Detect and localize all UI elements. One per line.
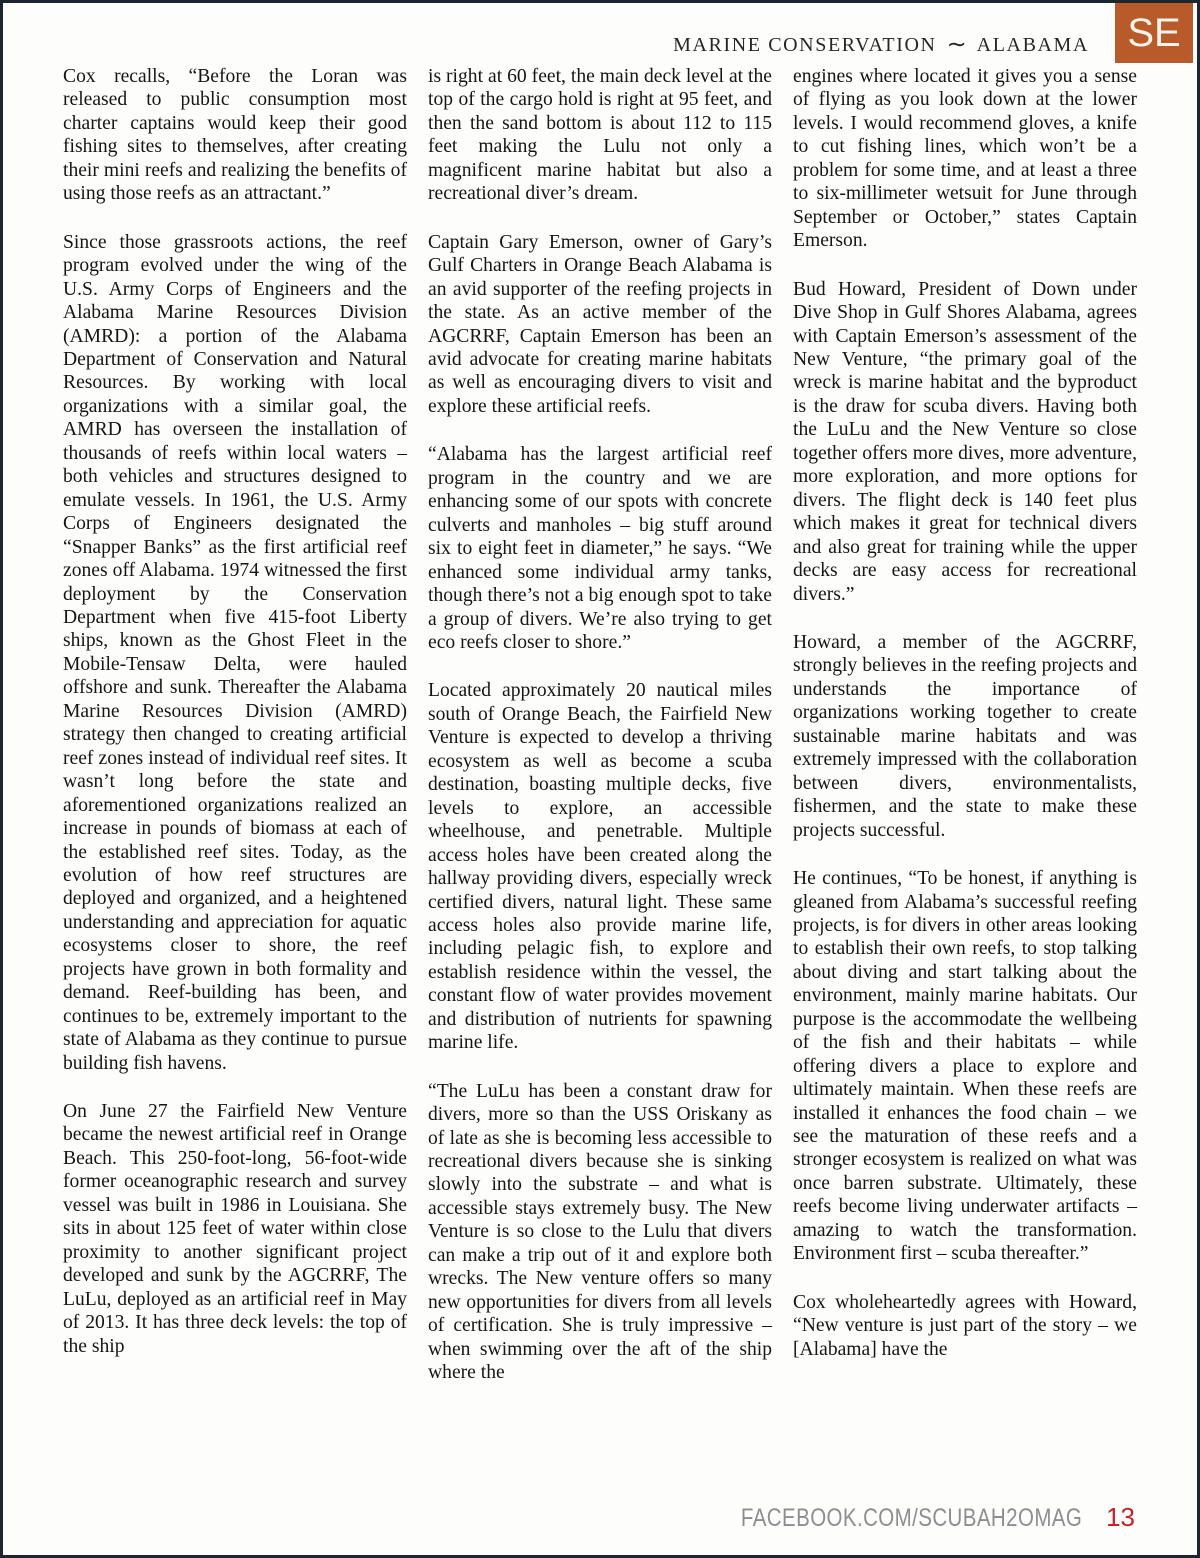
header-separator-swash: ∼ — [937, 32, 977, 58]
paragraph: is right at 60 feet, the main deck level… — [428, 65, 772, 206]
running-header: MARINE CONSERVATION∼ALABAMA — [3, 29, 1089, 58]
page-number: 13 — [1106, 1502, 1135, 1533]
paragraph: Located approximately 20 nautical miles … — [428, 679, 772, 1054]
paragraph: Since those grassroots actions, the reef… — [63, 231, 407, 1075]
paragraph: engines where located it gives you a sen… — [793, 65, 1137, 253]
article-column-1: Cox recalls, “Before the Loran was relea… — [63, 65, 407, 1410]
header-section-title: MARINE CONSERVATION — [673, 34, 936, 56]
paragraph: On June 27 the Fairfield New Venture bec… — [63, 1100, 407, 1358]
article-column-3: engines where located it gives you a sen… — [793, 65, 1137, 1410]
header-region-title: ALABAMA — [977, 34, 1089, 56]
paragraph: He continues, “To be honest, if anything… — [793, 867, 1137, 1266]
article-body: Cox recalls, “Before the Loran was relea… — [63, 65, 1137, 1410]
article-column-2: is right at 60 feet, the main deck level… — [428, 65, 772, 1410]
page-footer: FACEBOOK.COM/SCUBAH2OMAG 13 — [666, 1502, 1135, 1533]
paragraph: Cox wholeheartedly agrees with Howard, “… — [793, 1291, 1137, 1361]
paragraph: “Alabama has the largest artificial reef… — [428, 443, 772, 654]
paragraph: Howard, a member of the AGCRRF, strongly… — [793, 631, 1137, 842]
magazine-page: MARINE CONSERVATION∼ALABAMA SE Cox recal… — [0, 0, 1200, 1558]
facebook-url: FACEBOOK.COM/SCUBAH2OMAG — [741, 1504, 1082, 1533]
paragraph: Captain Gary Emerson, owner of Gary’s Gu… — [428, 231, 772, 419]
paragraph: Cox recalls, “Before the Loran was relea… — [63, 65, 407, 206]
section-badge: SE — [1115, 3, 1193, 63]
paragraph: “The LuLu has been a constant draw for d… — [428, 1080, 772, 1385]
paragraph: Bud Howard, President of Down under Dive… — [793, 278, 1137, 606]
section-badge-label: SE — [1127, 11, 1180, 56]
